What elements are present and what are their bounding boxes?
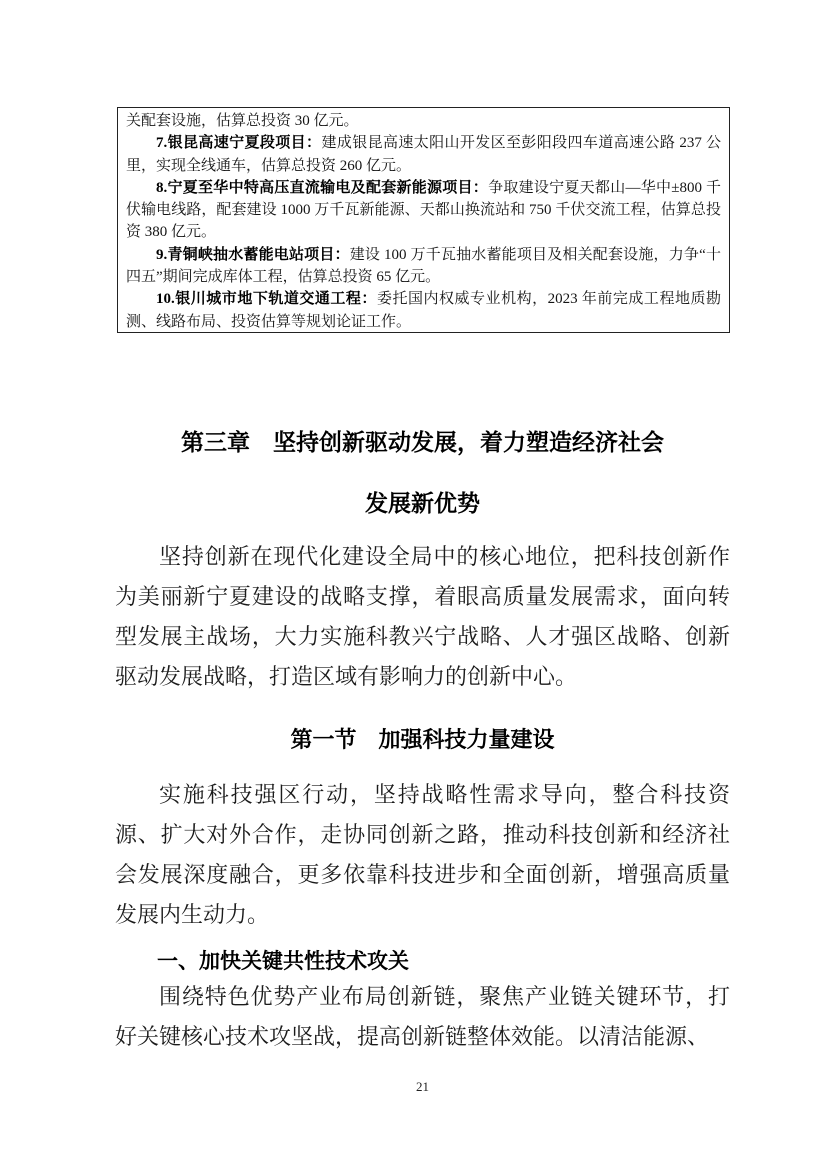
subsection-paragraph: 围绕特色优势产业布局创新链，聚焦产业链关键环节，打好关键核心技术攻坚战，提高创新…	[115, 977, 730, 1057]
project-item-9-label: 9.青铜峡抽水蓄能电站项目：	[156, 247, 350, 263]
project-item-7-label: 7.银昆高速宁夏段项目：	[156, 135, 321, 151]
subsection-title: 一、加快关键共性技术攻关	[115, 945, 730, 975]
chapter-title-line1: 第三章 坚持创新驱动发展，着力塑造经济社会	[115, 424, 730, 457]
section-title: 第一节 加强科技力量建设	[115, 723, 730, 754]
project-item-7: 7.银昆高速宁夏段项目：建成银昆高速太阳山开发区至彭阳段四车道高速公路 237 …	[126, 132, 721, 177]
project-item-8: 8.宁夏至华中特高压直流输电及配套新能源项目：争取建设宁夏天都山—华中±800 …	[126, 177, 721, 244]
project-item-9: 9.青铜峡抽水蓄能电站项目：建设 100 万千瓦抽水蓄能项目及相关配套设施，力争…	[126, 244, 721, 289]
key-projects-box: 关配套设施，估算总投资 30 亿元。 7.银昆高速宁夏段项目：建成银昆高速太阳山…	[117, 107, 730, 333]
project-item-10-label: 10.银川城市地下轨道交通工程：	[156, 291, 377, 307]
document-page: 关配套设施，估算总投资 30 亿元。 7.银昆高速宁夏段项目：建成银昆高速太阳山…	[0, 0, 827, 1169]
section-intro-paragraph: 实施科技强区行动，坚持战略性需求导向，整合科技资源、扩大对外合作，走协同创新之路…	[115, 775, 730, 935]
project-item-8-label: 8.宁夏至华中特高压直流输电及配套新能源项目：	[156, 180, 488, 196]
chapter-title-line2: 发展新优势	[115, 485, 730, 518]
chapter-intro-paragraph: 坚持创新在现代化建设全局中的核心地位，把科技创新作为美丽新宁夏建设的战略支撑，着…	[115, 537, 730, 697]
project-continuation-text: 关配套设施，估算总投资 30 亿元。	[126, 110, 721, 132]
page-number: 21	[115, 1079, 730, 1095]
project-item-10: 10.银川城市地下轨道交通工程：委托国内权威专业机构，2023 年前完成工程地质…	[126, 288, 721, 333]
